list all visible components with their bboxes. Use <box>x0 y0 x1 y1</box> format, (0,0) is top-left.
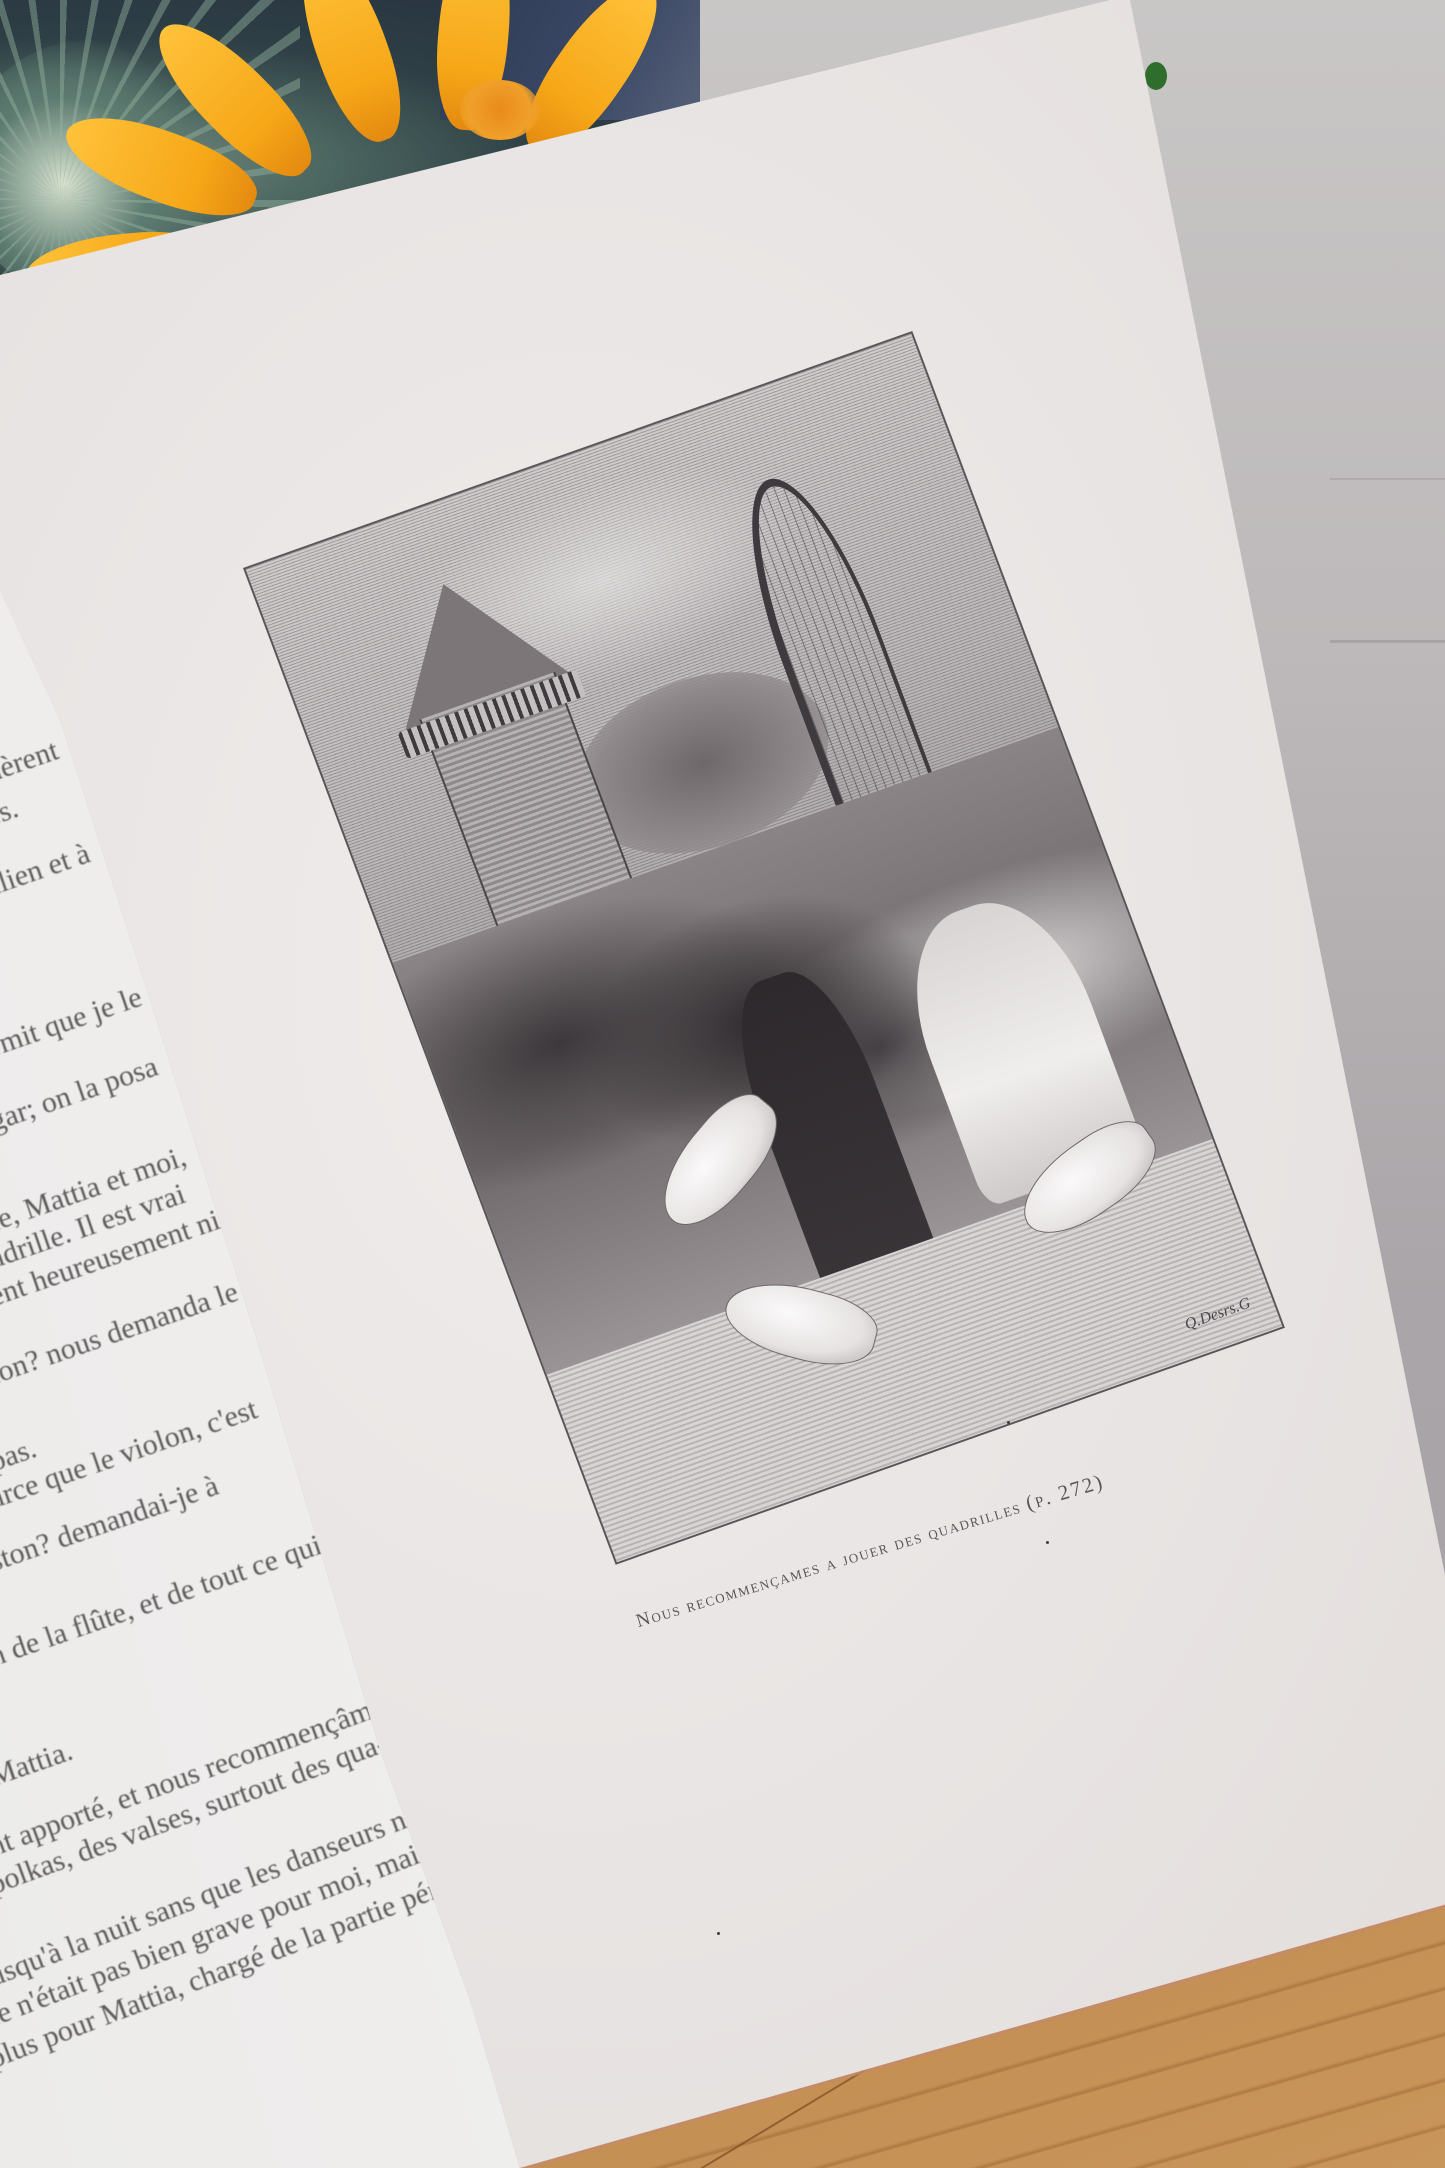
paper-speck <box>1046 1541 1049 1544</box>
text-line: alien et à <box>0 837 94 904</box>
text-line: es. <box>0 791 23 834</box>
text-line: rmit que je le <box>0 980 146 1064</box>
text-line: gar; on la posa <box>0 1050 162 1139</box>
wall-seam <box>1330 640 1445 643</box>
gerbera-center <box>460 80 540 140</box>
text-line: Mattia. <box>0 1734 77 1794</box>
gerbera-petal <box>284 0 418 152</box>
wall-seam <box>1330 478 1445 480</box>
green-leaf-tip <box>1145 62 1167 90</box>
paper-speck <box>1007 1421 1010 1424</box>
text-line: nèrent <box>0 733 63 790</box>
paper-speck <box>717 1932 720 1935</box>
book-photo-scene: nèrent es. alien et à rmit que je le gar… <box>0 0 1445 2168</box>
